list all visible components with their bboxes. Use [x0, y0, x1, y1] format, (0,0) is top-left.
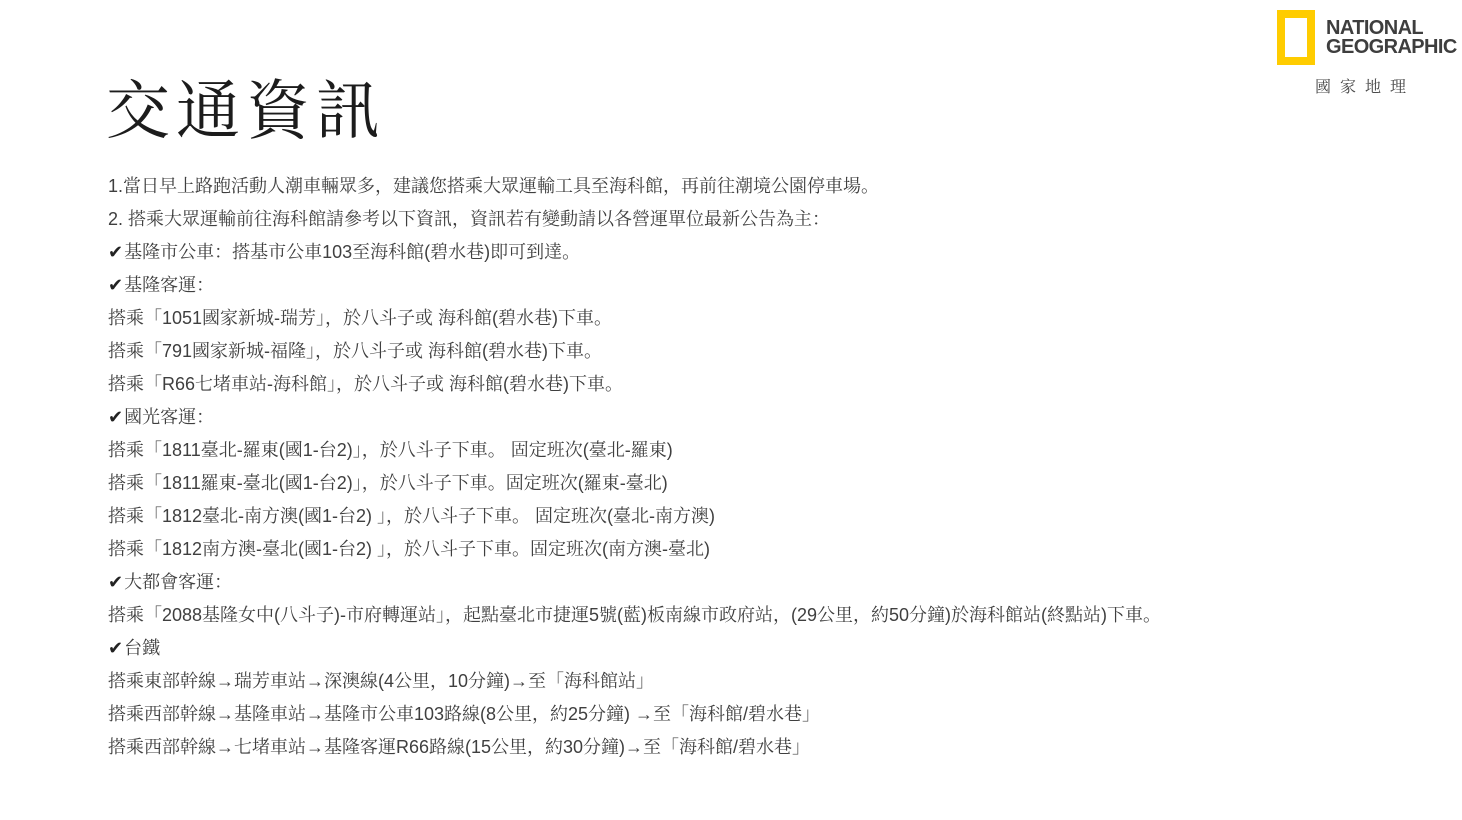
content-line-text: 國光客運： — [124, 407, 214, 427]
content-line-text: 搭乘「1811羅東-臺北(國1-台2)」，於八斗子下車。固定班次(羅東-臺北) — [108, 473, 668, 493]
content-line-text: 搭乘「R66七堵車站-海科館」，於八斗子或 海科館(碧水巷)下車。 — [108, 374, 623, 394]
content-line: 搭乘東部幹線→瑞芳車站→深澳線(4公里，10分鐘)→至「海科館站」 — [108, 672, 1398, 690]
natgeo-logo: NATIONAL GEOGRAPHIC 國家地理 — [1277, 10, 1441, 97]
page: NATIONAL GEOGRAPHIC 國家地理 交通資訊 1.當日早上路跑活動… — [0, 0, 1462, 820]
content-line-text: 搭乘西部幹線→基隆車站→基隆市公車103路線(8公里，約25分鐘) →至「海科館… — [108, 704, 820, 724]
content-line: ✔基隆客運： — [108, 276, 1398, 294]
content-line-text: 搭乘西部幹線→七堵車站→基隆客運R66路線(15公里，約30分鐘)→至「海科館/… — [108, 737, 810, 757]
content-line-text: 搭乘「1812臺北-南方澳(國1-台2) 」，於八斗子下車。 固定班次(臺北-南… — [108, 506, 715, 526]
content-line: 搭乘「R66七堵車站-海科館」，於八斗子或 海科館(碧水巷)下車。 — [108, 375, 1398, 393]
content-line-text: 大都會客運： — [124, 572, 232, 592]
content-line-text: 基隆客運： — [124, 275, 214, 295]
content-line-text: 台鐵 — [124, 638, 160, 658]
content-line: 搭乘西部幹線→基隆車站→基隆市公車103路線(8公里，約25分鐘) →至「海科館… — [108, 705, 1398, 723]
natgeo-wordmark: NATIONAL GEOGRAPHIC — [1326, 19, 1457, 57]
content-line-text: 搭乘「1051國家新城-瑞芳」，於八斗子或 海科館(碧水巷)下車。 — [108, 308, 612, 328]
check-icon: ✔ — [108, 407, 123, 427]
content-line: 2. 搭乘大眾運輸前往海科館請參考以下資訊，資訊若有變動請以各營運單位最新公告為… — [108, 210, 1398, 228]
content-line: ✔大都會客運： — [108, 573, 1398, 591]
page-title: 交通資訊 — [106, 60, 386, 152]
content-lines: 1.當日早上路跑活動人潮車輛眾多，建議您搭乘大眾運輸工具至海科館，再前往潮境公園… — [108, 177, 1398, 771]
content-line: 搭乘「1051國家新城-瑞芳」，於八斗子或 海科館(碧水巷)下車。 — [108, 309, 1398, 327]
content-line: 搭乘「1812南方澳-臺北(國1-台2) 」，於八斗子下車。固定班次(南方澳-臺… — [108, 540, 1398, 558]
content-line-text: 1.當日早上路跑活動人潮車輛眾多，建議您搭乘大眾運輸工具至海科館，再前往潮境公園… — [108, 176, 879, 196]
content-line: ✔台鐵 — [108, 639, 1398, 657]
content-line: 1.當日早上路跑活動人潮車輛眾多，建議您搭乘大眾運輸工具至海科館，再前往潮境公園… — [108, 177, 1398, 195]
content-line-text: 搭乘「791國家新城-福隆」，於八斗子或 海科館(碧水巷)下車。 — [108, 341, 602, 361]
natgeo-wordmark-line2: GEOGRAPHIC — [1326, 38, 1457, 57]
content-line: 搭乘「2088基隆女中(八斗子)-市府轉運站」，起點臺北市捷運5號(藍)板南線市… — [108, 606, 1398, 624]
content-line: 搭乘「791國家新城-福隆」，於八斗子或 海科館(碧水巷)下車。 — [108, 342, 1398, 360]
content-line: ✔基隆市公車：搭基市公車103至海科館(碧水巷)即可到達。 — [108, 243, 1398, 261]
content-line: 搭乘「1811羅東-臺北(國1-台2)」，於八斗子下車。固定班次(羅東-臺北) — [108, 474, 1398, 492]
check-icon: ✔ — [108, 275, 123, 295]
content-line: 搭乘「1812臺北-南方澳(國1-台2) 」，於八斗子下車。 固定班次(臺北-南… — [108, 507, 1398, 525]
natgeo-yellow-frame-icon — [1277, 10, 1315, 65]
content-line-text: 搭乘「1811臺北-羅東(國1-台2)」，於八斗子下車。 固定班次(臺北-羅東) — [108, 440, 673, 460]
content-line-text: 基隆市公車：搭基市公車103至海科館(碧水巷)即可到達。 — [124, 242, 580, 262]
natgeo-chinese-name: 國家地理 — [1277, 74, 1441, 97]
content-line-text: 2. 搭乘大眾運輸前往海科館請參考以下資訊，資訊若有變動請以各營運單位最新公告為… — [108, 209, 830, 229]
check-icon: ✔ — [108, 638, 123, 658]
content-line: ✔國光客運： — [108, 408, 1398, 426]
content-line: 搭乘「1811臺北-羅東(國1-台2)」，於八斗子下車。 固定班次(臺北-羅東) — [108, 441, 1398, 459]
content-line: 搭乘西部幹線→七堵車站→基隆客運R66路線(15公里，約30分鐘)→至「海科館/… — [108, 738, 1398, 756]
content-line-text: 搭乘東部幹線→瑞芳車站→深澳線(4公里，10分鐘)→至「海科館站」 — [108, 671, 654, 691]
natgeo-wordmark-line1: NATIONAL — [1326, 19, 1457, 38]
content-line-text: 搭乘「1812南方澳-臺北(國1-台2) 」，於八斗子下車。固定班次(南方澳-臺… — [108, 539, 710, 559]
content-line-text: 搭乘「2088基隆女中(八斗子)-市府轉運站」，起點臺北市捷運5號(藍)板南線市… — [108, 605, 1161, 625]
check-icon: ✔ — [108, 242, 123, 262]
natgeo-logo-row: NATIONAL GEOGRAPHIC — [1277, 10, 1441, 65]
check-icon: ✔ — [108, 572, 123, 592]
